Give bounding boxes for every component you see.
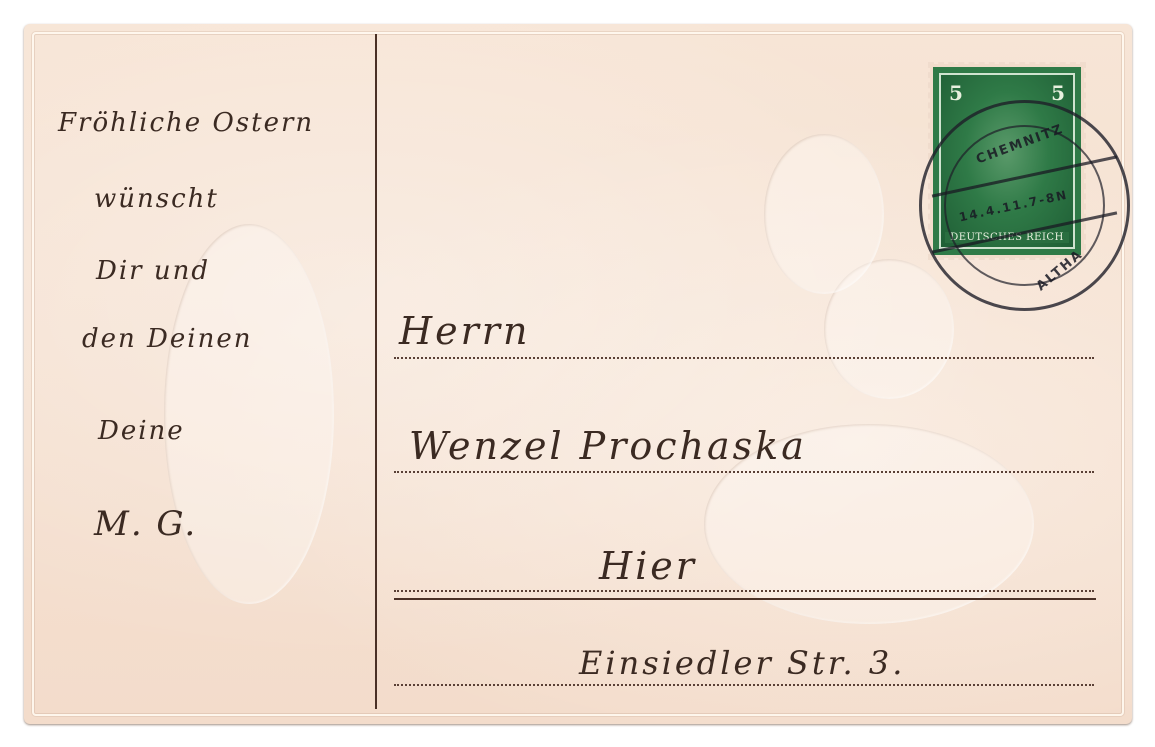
embossed-bunny (764, 134, 884, 294)
address-line-1 (394, 357, 1094, 359)
address-line-3 (394, 590, 1094, 592)
address-line-4 (394, 684, 1094, 686)
address-city: Hier (599, 544, 697, 588)
center-divider-line (375, 34, 377, 709)
stamp-value-left: 5 (949, 81, 963, 105)
address-line-2 (394, 471, 1094, 473)
message-line-1: Fröhliche Ostern (58, 108, 314, 138)
address-underline (394, 598, 1096, 600)
message-line-5: Deine (98, 416, 185, 446)
message-line-2: wünscht (94, 184, 219, 214)
address-street: Einsiedler Str. 3. (579, 644, 905, 682)
message-line-3: Dir und (96, 256, 210, 286)
address-salutation: Herrn (399, 309, 530, 353)
postcard: Fröhliche Ostern wünscht Dir und den Dei… (24, 24, 1132, 724)
address-name: Wenzel Prochaska (409, 424, 807, 468)
message-line-4: den Deinen (82, 324, 252, 354)
postmark-cancellation: CHEMNITZ 14.4.11.7-8N ALTHA (919, 100, 1130, 311)
signature: M. G. (94, 504, 197, 544)
stamp-value-right: 5 (1051, 81, 1065, 105)
